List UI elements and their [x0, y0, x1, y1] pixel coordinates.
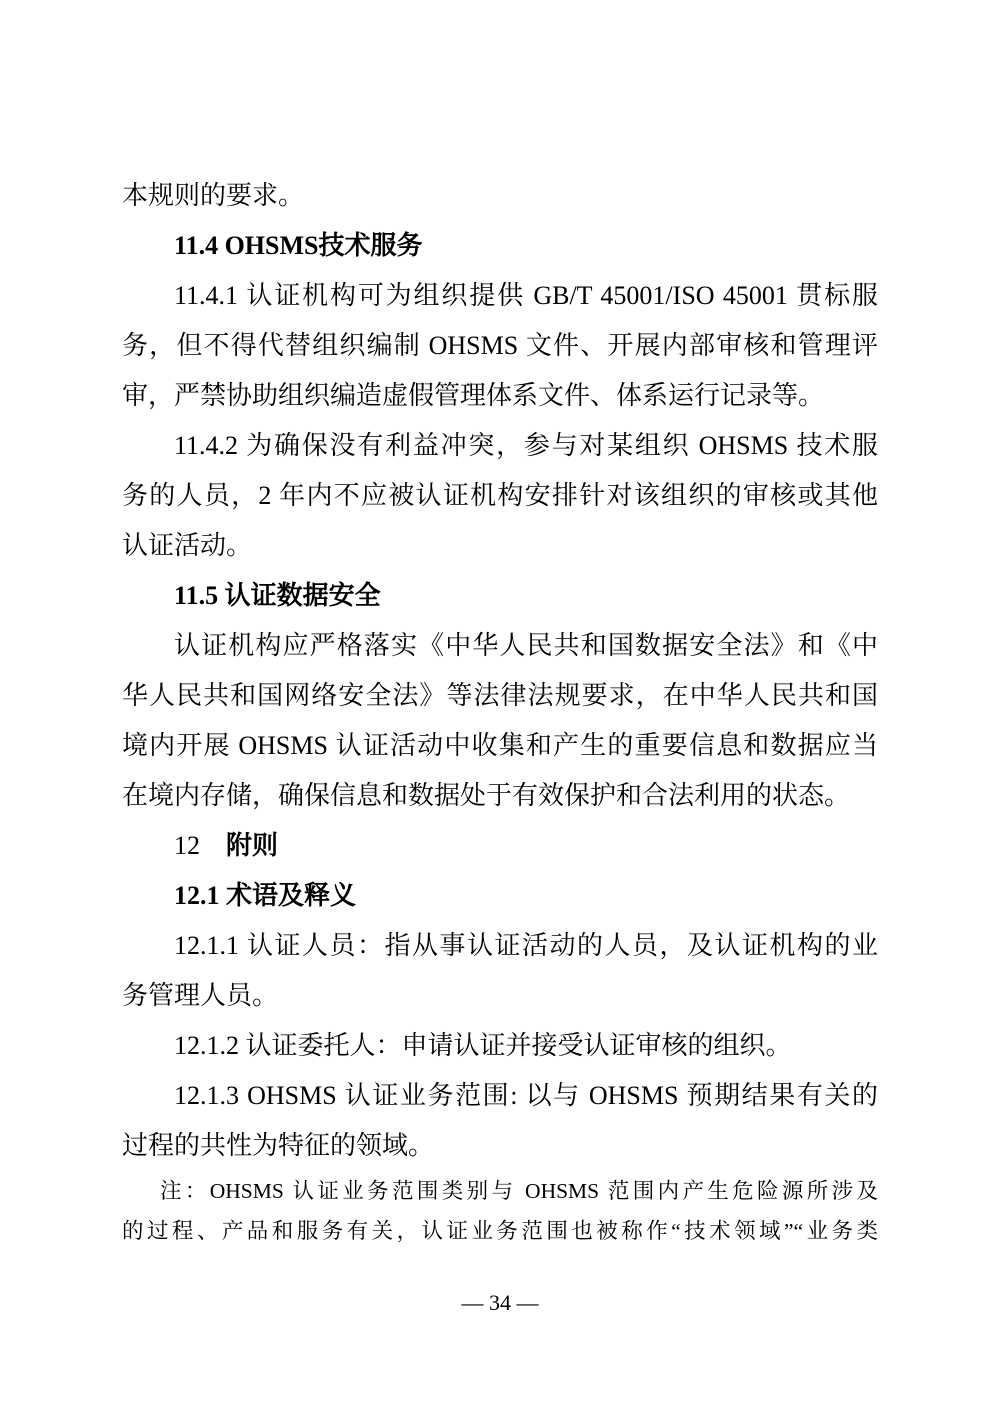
heading-line: 11.4 OHSMS技术服务 [122, 221, 878, 271]
body-line: 境内开展 OHSMS 认证活动中收集和产生的重要信息和数据应当 [122, 721, 878, 771]
body-line: 华人民共和国网络安全法》等法律法规要求，在中华人民共和国 [122, 671, 878, 721]
body-line: 审，严禁协助组织编造虚假管理体系文件、体系运行记录等。 [122, 371, 878, 421]
body-line: 务的人员，2 年内不应被认证机构安排针对该组织的审核或其他 [122, 471, 878, 521]
heading-line: 11.5 认证数据安全 [122, 571, 878, 621]
body-line: 过程的共性为特征的领域。 [122, 1121, 878, 1171]
note-line: 注：OHSMS 认证业务范围类别与 OHSMS 范围内产生危险源所涉及 [122, 1171, 878, 1211]
page-content: 本规则的要求。11.4 OHSMS技术服务11.4.1 认证机构可为组织提供 G… [122, 171, 878, 1251]
page-number: — 34 — [462, 1290, 539, 1315]
body-line: 11.4.1 认证机构可为组织提供 GB/T 45001/ISO 45001 贯… [122, 271, 878, 321]
body-line: 本规则的要求。 [122, 171, 878, 221]
body-line: 认证活动。 [122, 521, 878, 571]
body-line: 认证机构应严格落实《中华人民共和国数据安全法》和《中 [122, 621, 878, 671]
document-page: 本规则的要求。11.4 OHSMS技术服务11.4.1 认证机构可为组织提供 G… [0, 0, 1000, 1414]
heading-line: 12.1 术语及释义 [122, 871, 878, 921]
body-line: 务管理人员。 [122, 971, 878, 1021]
page-footer: — 34 — [122, 1288, 878, 1318]
heading-part: 12 [174, 831, 200, 860]
body-line: 12.1.3 OHSMS 认证业务范围: 以与 OHSMS 预期结果有关的 [122, 1071, 878, 1121]
body-line: 务，但不得代替组织编制 OHSMS 文件、开展内部审核和管理评 [122, 321, 878, 371]
heading-line: 12 附则 [122, 821, 878, 871]
body-line: 12.1.2 认证委托人：申请认证并接受认证审核的组织。 [122, 1021, 878, 1071]
body-line: 在境内存储，确保信息和数据处于有效保护和合法利用的状态。 [122, 771, 878, 821]
body-line: 12.1.1 认证人员：指从事认证活动的人员，及认证机构的业 [122, 921, 878, 971]
heading-part: 附则 [200, 831, 278, 860]
note-line: 的过程、产品和服务有关，认证业务范围也被称作“技术领域”“业务类 [122, 1211, 878, 1251]
body-line: 11.4.2 为确保没有利益冲突，参与对某组织 OHSMS 技术服 [122, 421, 878, 471]
